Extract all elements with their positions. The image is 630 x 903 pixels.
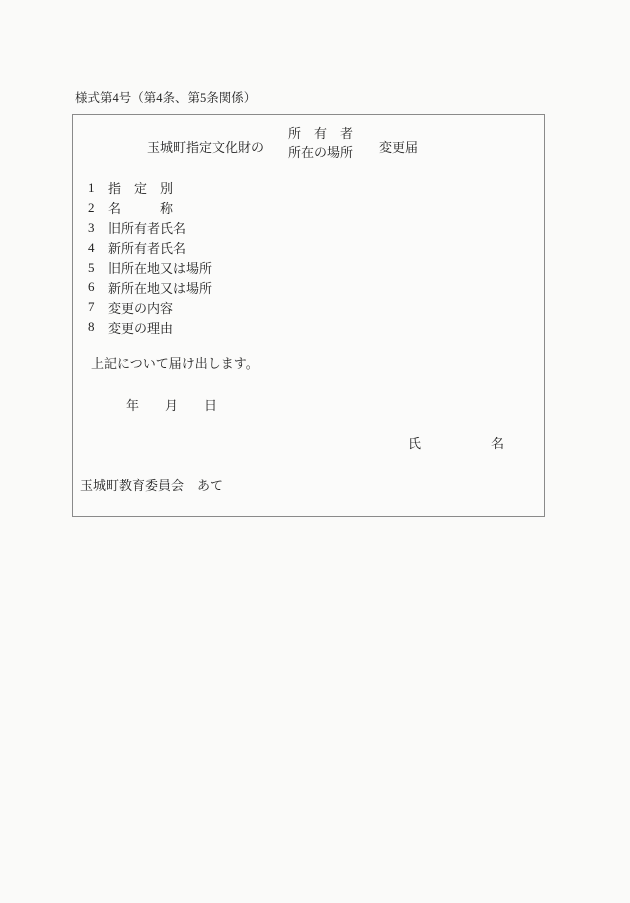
name-line: 氏 名 [408,437,504,451]
document-title: 玉城町指定文化財の 所 有 者 所在の場所 変更届 [147,124,418,162]
title-suffix: 変更届 [379,137,418,156]
item-label: 変更の理由 [108,318,173,337]
item-number: 1 [88,180,108,196]
title-option-location: 所在の場所 [288,143,353,162]
list-item: 1 指 定 別 [88,178,212,198]
list-item: 7 変更の内容 [88,297,212,317]
list-item: 2 名 称 [88,198,212,218]
item-label: 新所在地又は場所 [108,278,212,297]
title-option-owner: 所 有 者 [288,124,353,143]
title-stacked-options: 所 有 者 所在の場所 [288,124,353,162]
item-label: 旧所有者氏名 [108,218,186,237]
item-label: 変更の内容 [108,298,173,317]
document-page: 様式第4号（第4条、第5条関係） 玉城町指定文化財の 所 有 者 所在の場所 変… [0,0,630,903]
list-item: 3 旧所有者氏名 [88,218,212,238]
form-number-label: 様式第4号（第4条、第5条関係） [75,91,256,105]
date-line: 年 月 日 [126,399,217,413]
form-item-list: 1 指 定 別 2 名 称 3 旧所有者氏名 4 新所有者氏名 5 旧所在地又は… [88,178,212,337]
declaration-text: 上記について届け出します。 [91,357,259,371]
form-border-box: 玉城町指定文化財の 所 有 者 所在の場所 変更届 1 指 定 別 2 名 称 … [72,114,545,517]
item-number: 7 [88,299,108,315]
item-number: 3 [88,220,108,236]
item-label: 名 称 [108,198,173,217]
addressee-line: 玉城町教育委員会 あて [80,479,223,493]
item-label: 新所有者氏名 [108,238,186,257]
item-number: 2 [88,200,108,216]
list-item: 8 変更の理由 [88,317,212,337]
title-prefix: 玉城町指定文化財の [147,137,264,156]
item-label: 指 定 別 [108,178,173,197]
name-sei-label: 氏 [408,437,421,451]
item-label: 旧所在地又は場所 [108,258,212,277]
item-number: 4 [88,240,108,256]
item-number: 8 [88,319,108,335]
name-mei-label: 名 [491,437,504,451]
list-item: 5 旧所在地又は場所 [88,258,212,278]
list-item: 4 新所有者氏名 [88,238,212,258]
item-number: 6 [88,279,108,295]
list-item: 6 新所在地又は場所 [88,277,212,297]
item-number: 5 [88,260,108,276]
